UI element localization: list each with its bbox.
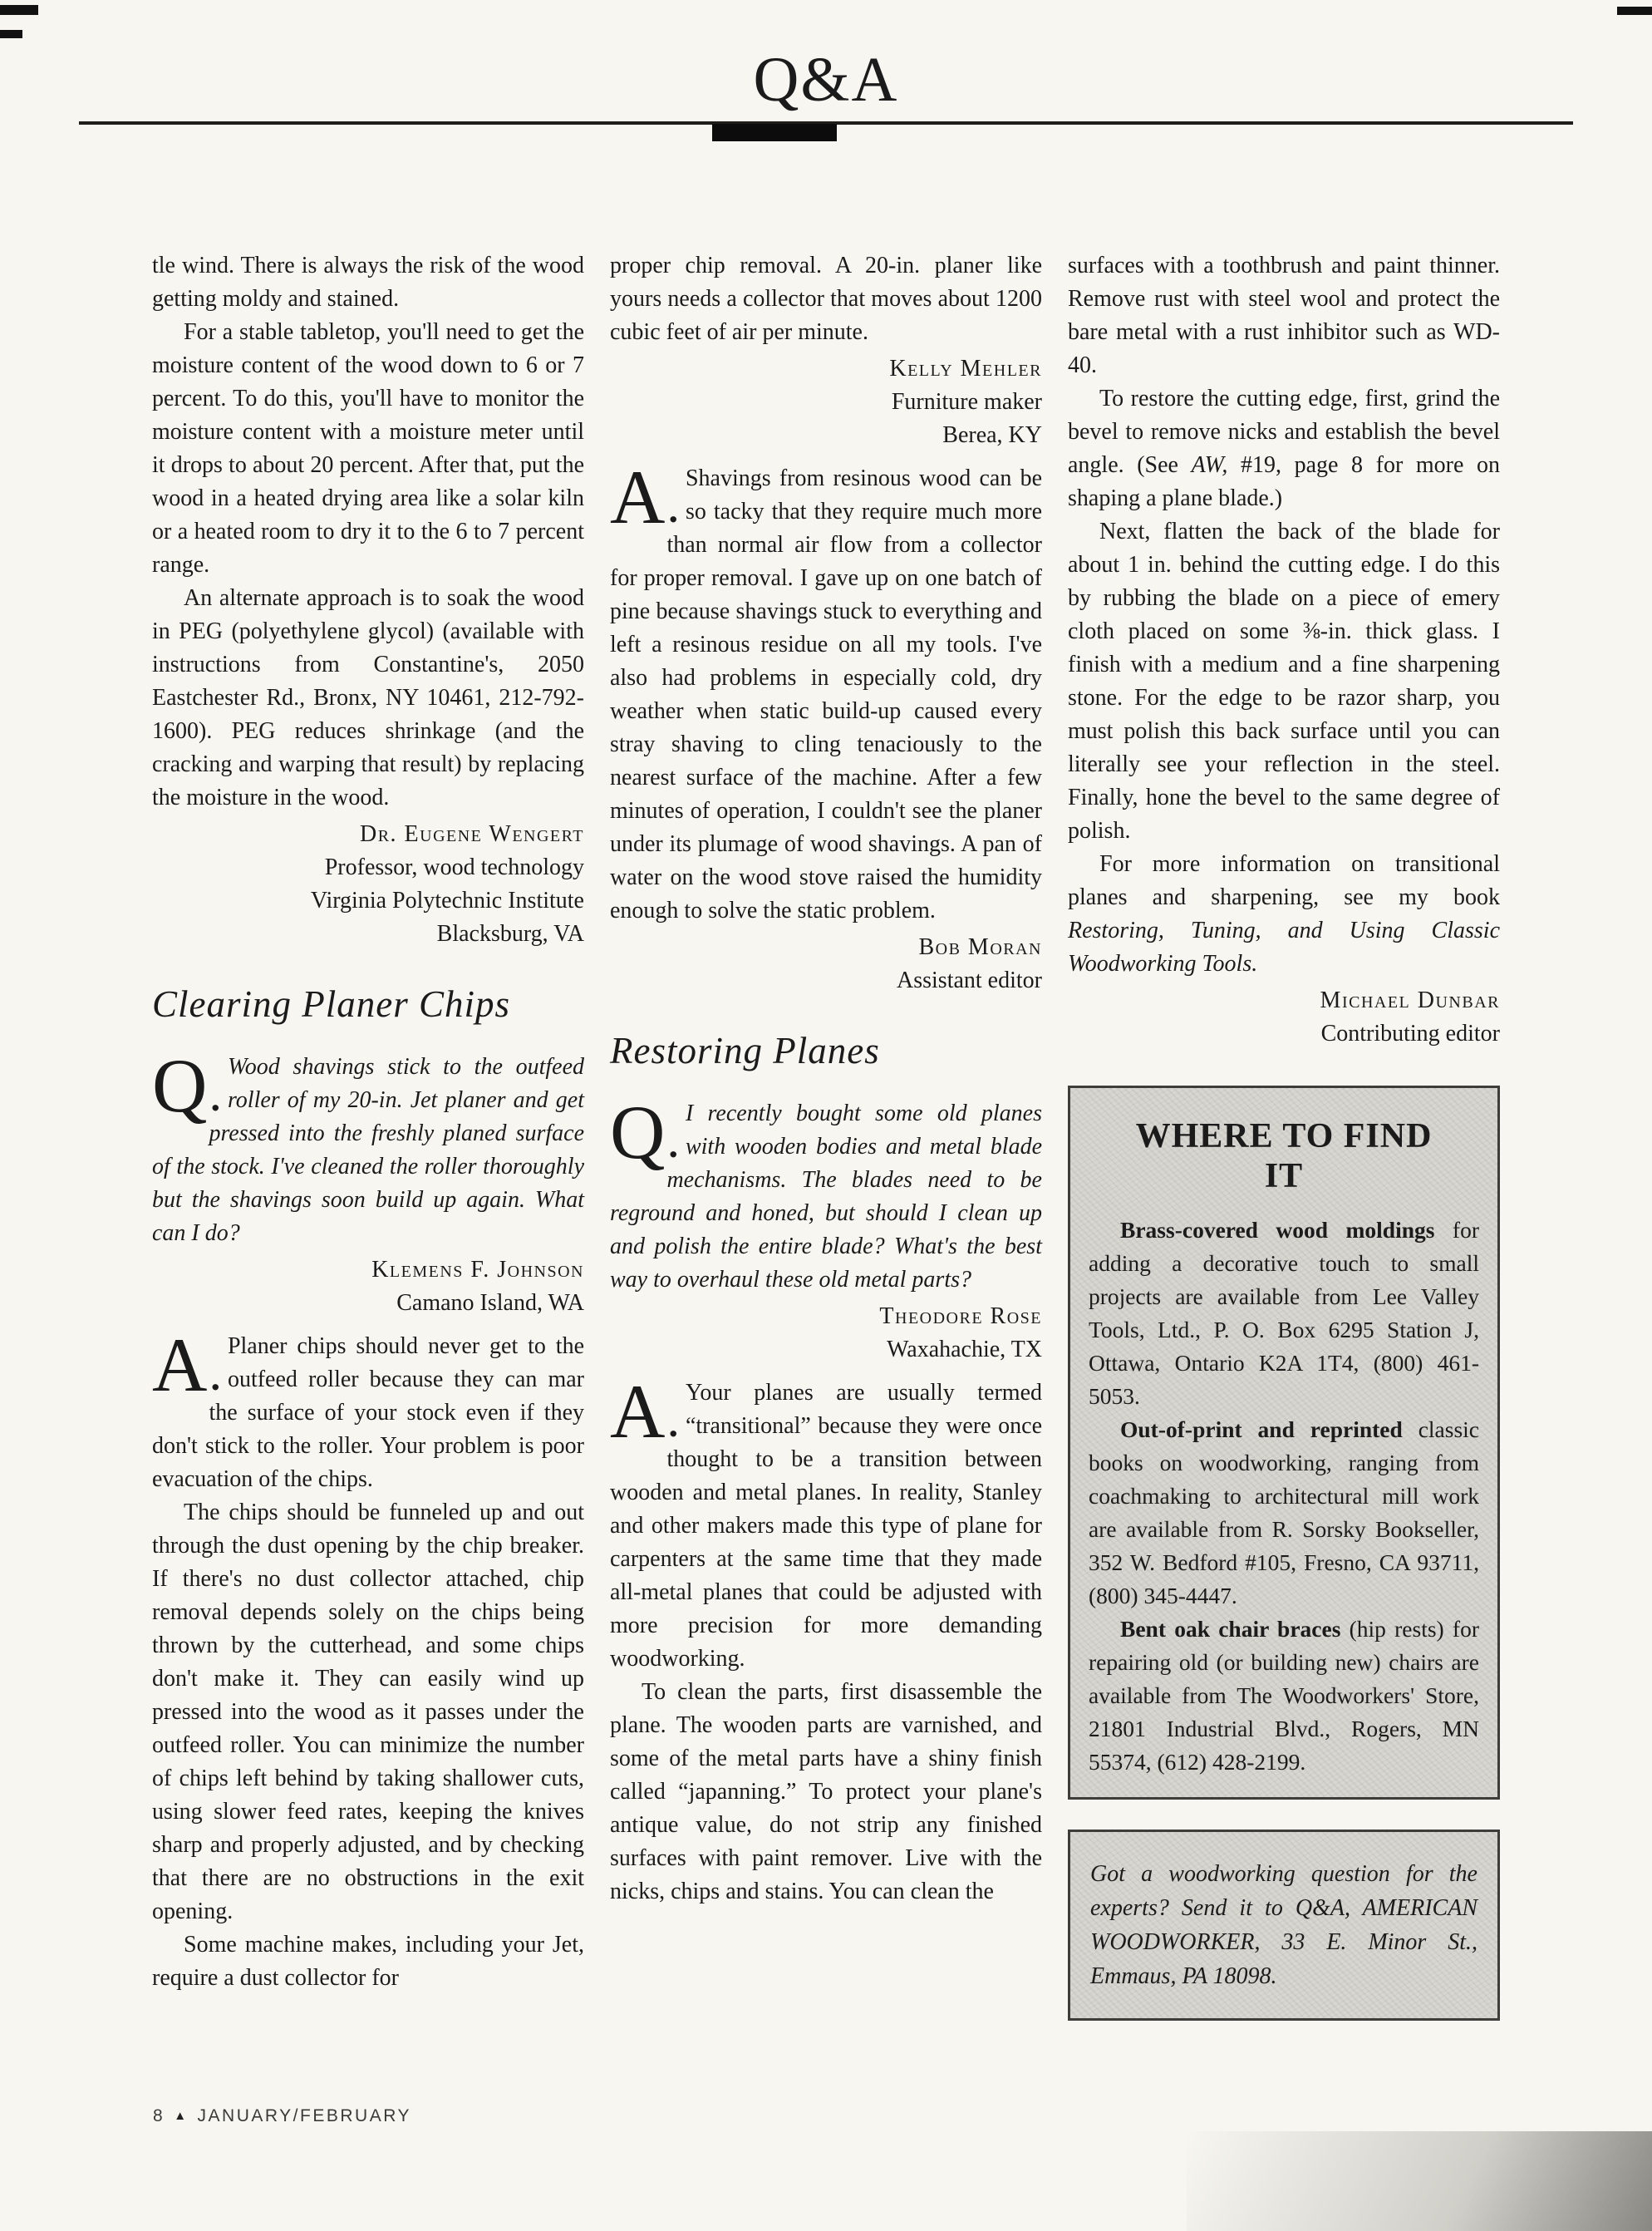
answer-dropcap: A bbox=[610, 1379, 665, 1444]
attribution-line: Camano Island, WA bbox=[152, 1287, 584, 1320]
paragraph: Next, flatten the back of the blade for … bbox=[1068, 515, 1500, 848]
answer-block: A.Planer chips should never get to the o… bbox=[152, 1330, 584, 1496]
column-3: surfaces with a toothbrush and paint thi… bbox=[1068, 249, 1500, 2021]
attribution-name: Michael Dunbar bbox=[1068, 984, 1500, 1017]
attribution-name: Dr. Eugene Wengert bbox=[152, 818, 584, 851]
box-paragraph: Bent oak chair braces (hip rests) for re… bbox=[1089, 1613, 1479, 1779]
page-number: 8 bbox=[153, 2106, 165, 2126]
section-heading: Clearing Planer Chips bbox=[152, 984, 584, 1026]
attribution-name: Klemens F. Johnson bbox=[152, 1253, 584, 1287]
attribution-name: Theodore Rose bbox=[610, 1300, 1042, 1333]
answer-dropcap: A bbox=[610, 465, 665, 529]
page-footer: 8 ▲ JANUARY/FEBRUARY bbox=[153, 2106, 411, 2126]
scan-artifact bbox=[1187, 2131, 1652, 2231]
box-paragraph: Out-of-print and reprinted classic books… bbox=[1089, 1413, 1479, 1613]
scan-artifact bbox=[0, 30, 22, 38]
paragraph: To clean the parts, first disassemble th… bbox=[610, 1676, 1042, 1908]
answer-block: A.Your planes are usually termed “transi… bbox=[610, 1377, 1042, 1676]
column-1: tle wind. There is always the risk of th… bbox=[152, 249, 584, 2021]
question-dropcap: Q bbox=[610, 1100, 665, 1165]
where-to-find-it-box: WHERE TO FIND IT Brass-covered wood mold… bbox=[1068, 1086, 1500, 1800]
paragraph: To restore the cutting edge, first, grin… bbox=[1068, 382, 1500, 515]
attribution: Dr. Eugene Wengert Professor, wood techn… bbox=[152, 818, 584, 951]
answer-text: Shavings from resinous wood can be so ta… bbox=[610, 465, 1042, 923]
paragraph: For more information on transitional pla… bbox=[1068, 848, 1500, 981]
answer-dropcap: A bbox=[152, 1332, 207, 1397]
column-2: proper chip removal. A 20-in. planer lik… bbox=[610, 249, 1042, 2021]
columns: tle wind. There is always the risk of th… bbox=[152, 249, 1500, 2021]
dropcap-period: . bbox=[668, 1125, 678, 1164]
question-block: Q.Wood shavings stick to the outfeed rol… bbox=[152, 1051, 584, 1250]
attribution: Theodore Rose Waxahachie, TX bbox=[610, 1300, 1042, 1367]
submit-question-box: Got a woodworking question for the exper… bbox=[1068, 1830, 1500, 2021]
paragraph: tle wind. There is always the risk of th… bbox=[152, 249, 584, 316]
dropcap-period: . bbox=[210, 1358, 220, 1396]
question-block: Q.I recently bought some old planes with… bbox=[610, 1097, 1042, 1297]
issue-label: JANUARY/FEBRUARY bbox=[198, 2106, 411, 2126]
attribution: Michael Dunbar Contributing editor bbox=[1068, 984, 1500, 1051]
dropcap-period: . bbox=[668, 1405, 678, 1443]
attribution: Bob Moran Assistant editor bbox=[610, 931, 1042, 997]
scan-artifact bbox=[1617, 7, 1652, 15]
scan-artifact bbox=[0, 5, 38, 15]
page-title: Q&A bbox=[0, 48, 1652, 111]
section-heading: Restoring Planes bbox=[610, 1031, 1042, 1072]
paragraph: surfaces with a toothbrush and paint thi… bbox=[1068, 249, 1500, 382]
paragraph: An alternate approach is to soak the woo… bbox=[152, 582, 584, 815]
answer-block: A.Shavings from resinous wood can be so … bbox=[610, 462, 1042, 928]
attribution-line: Assistant editor bbox=[610, 964, 1042, 997]
header-accent-bar bbox=[712, 124, 837, 141]
paragraph: Some machine makes, including your Jet, … bbox=[152, 1928, 584, 1995]
paragraph: For a stable tabletop, you'll need to ge… bbox=[152, 316, 584, 582]
attribution: Klemens F. Johnson Camano Island, WA bbox=[152, 1253, 584, 1320]
attribution-name: Kelly Mehler bbox=[610, 352, 1042, 386]
paragraph: The chips should be funneled up and out … bbox=[152, 1496, 584, 1928]
attribution-line: Contributing editor bbox=[1068, 1017, 1500, 1051]
attribution-line: Professor, wood technology bbox=[152, 851, 584, 884]
paragraph: proper chip removal. A 20-in. planer lik… bbox=[610, 249, 1042, 349]
attribution-name: Bob Moran bbox=[610, 931, 1042, 964]
attribution-line: Virginia Polytechnic Institute bbox=[152, 884, 584, 918]
dropcap-period: . bbox=[210, 1079, 220, 1117]
submit-question-text: Got a woodworking question for the exper… bbox=[1090, 1861, 1477, 1989]
triangle-icon: ▲ bbox=[174, 2109, 188, 2123]
attribution-line: Furniture maker bbox=[610, 386, 1042, 419]
question-dropcap: Q bbox=[152, 1053, 207, 1118]
box-paragraph: Brass-covered wood moldings for adding a… bbox=[1089, 1214, 1479, 1413]
dropcap-period: . bbox=[668, 490, 678, 529]
box-title: WHERE TO FIND IT bbox=[1118, 1116, 1450, 1197]
attribution-line: Berea, KY bbox=[610, 419, 1042, 452]
attribution: Kelly Mehler Furniture maker Berea, KY bbox=[610, 352, 1042, 452]
magazine-page: Q&A tle wind. There is always the risk o… bbox=[0, 0, 1652, 2231]
attribution-line: Waxahachie, TX bbox=[610, 1333, 1042, 1367]
attribution-line: Blacksburg, VA bbox=[152, 918, 584, 951]
